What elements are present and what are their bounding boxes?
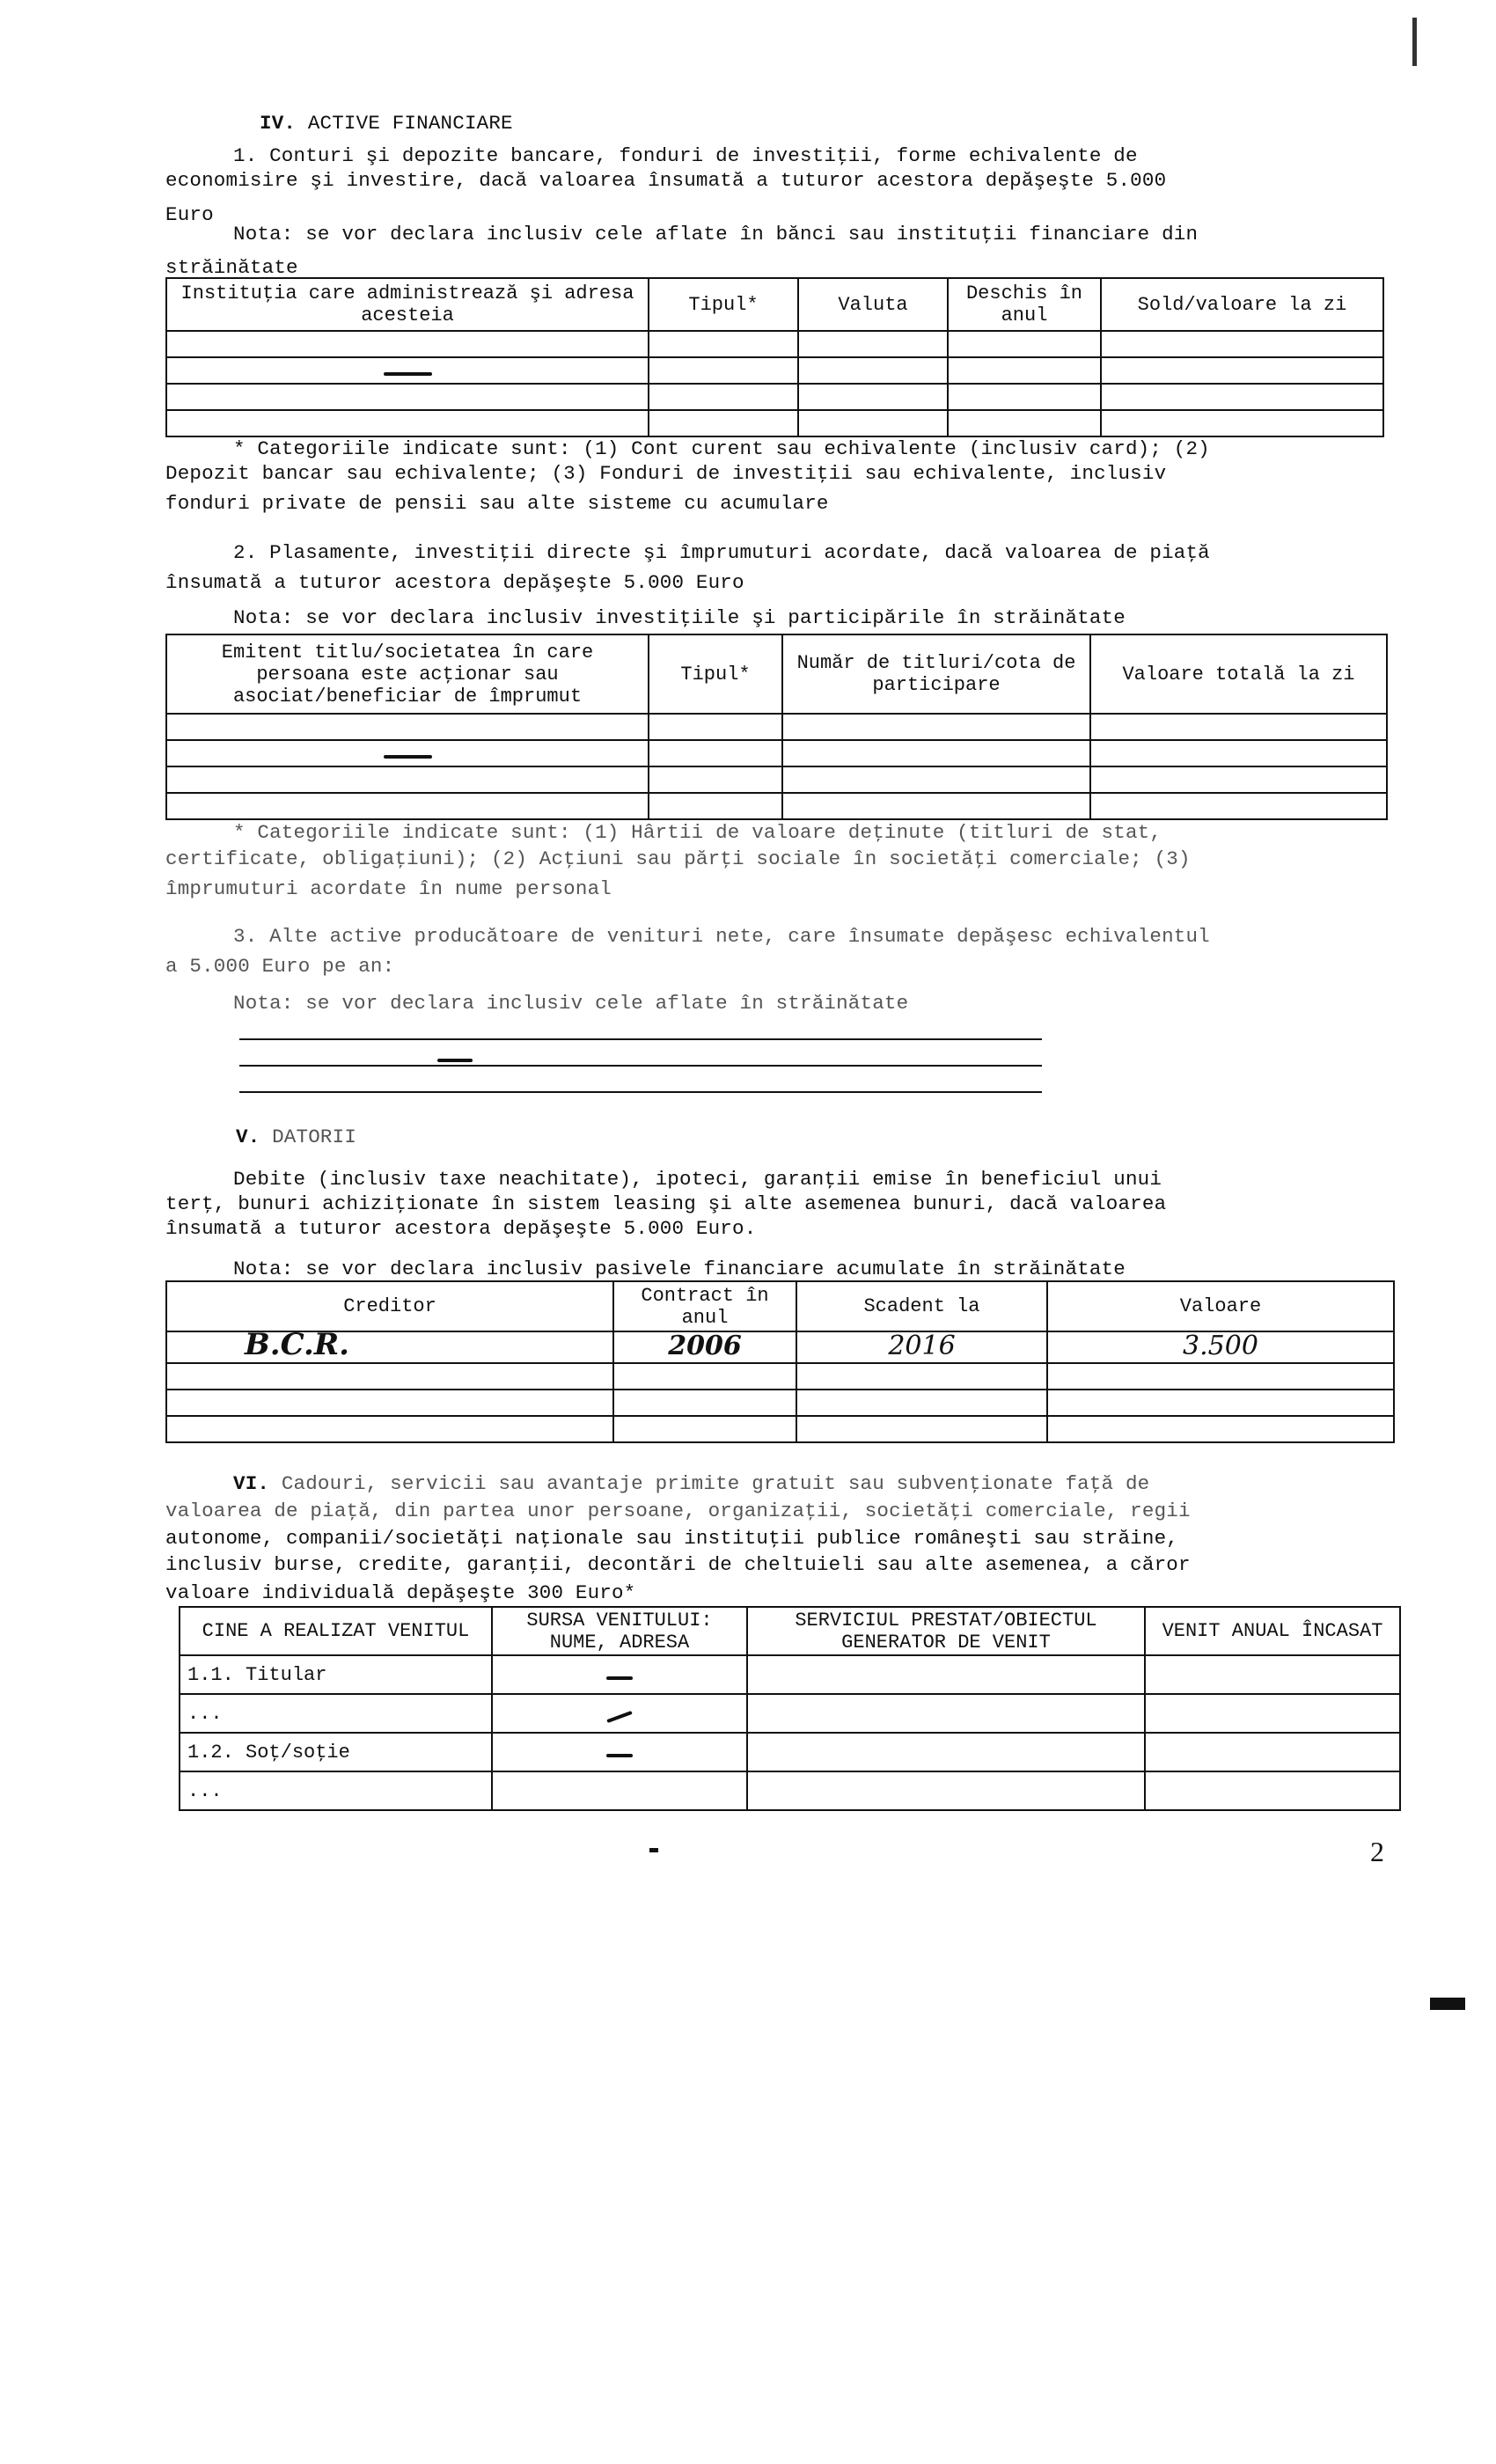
section-v-note: Nota: se vor declara inclusiv pasivele f… [233,1257,1126,1281]
cell-input[interactable] [782,714,1090,740]
cell-input[interactable] [166,793,649,819]
cell-input[interactable] [166,357,649,384]
table-row [166,740,1387,766]
cell-input[interactable] [166,1416,613,1442]
cell-input[interactable] [782,766,1090,793]
header-due-date: Scadent la [796,1281,1047,1331]
section-vi-line3: autonome, companii/societăţi naţionale s… [165,1526,1178,1551]
cell-input[interactable] [1047,1390,1394,1416]
handwritten-dash [606,1676,633,1680]
header-currency: Valuta [798,278,948,331]
creditor-cell[interactable]: B.C.R. [166,1331,613,1363]
cell-input[interactable] [166,1390,613,1416]
cell-input[interactable] [613,1416,796,1442]
handwritten-dash [606,1710,633,1722]
cell-input[interactable] [782,793,1090,819]
table-row [166,1390,1394,1416]
cell-input[interactable] [796,1416,1047,1442]
table-row [166,410,1383,436]
header-source: SURSA VENITULUI: NUME, ADRESA [492,1607,747,1655]
debts-table: Creditor Contract în anul Scadent la Val… [165,1280,1395,1443]
cell-input[interactable] [1101,331,1383,357]
cell-input[interactable] [1090,740,1387,766]
bank-accounts-table: Instituţia care administrează şi adresa … [165,277,1384,437]
section-iv-p3-line2: a 5.000 Euro pe an: [165,954,394,979]
table2-footnote-line2: certificate, obligaţiuni); (2) Acţiuni s… [165,847,1191,871]
section-iv-p1-line2: economisire şi investire, dacă valoarea … [165,168,1166,193]
table-header-row: Instituţia care administrează şi adresa … [166,278,1383,331]
header-total-value: Valoare totală la zi [1090,634,1387,714]
header-issuer: Emitent titlu/societatea în care persoan… [166,634,649,714]
cell-input[interactable] [1101,357,1383,384]
header-value: Valoare [1047,1281,1394,1331]
header-balance: Sold/valoare la zi [1101,278,1383,331]
scan-edge-mark [1412,18,1417,66]
cell-input[interactable] [1090,766,1387,793]
cell-input[interactable] [613,1363,796,1390]
cell-input[interactable] [747,1655,1145,1694]
who-cell: ... [180,1694,492,1733]
header-type: Tipul* [649,634,782,714]
cell-input[interactable] [1145,1655,1400,1694]
cell-input[interactable] [166,766,649,793]
cell-input[interactable] [649,766,782,793]
header-service: SERVICIUL PRESTAT/OBIECTUL GENERATOR DE … [747,1607,1145,1655]
cell-input[interactable] [948,384,1101,410]
section-vi-line2: valoarea de piaţă, din partea unor perso… [165,1499,1191,1523]
cell-input[interactable] [796,1363,1047,1390]
table1-footnote-line3: fonduri private de pensii sau alte siste… [165,491,829,516]
table2-footnote-line3: împrumuturi acordate în nume personal [165,876,612,901]
cell-input[interactable] [1101,410,1383,436]
header-opened-year: Deschis în anul [948,278,1101,331]
header-annual-income: VENIT ANUAL ÎNCASAT [1145,1607,1400,1655]
cell-input[interactable] [1145,1694,1400,1733]
handwritten-dash [384,372,432,376]
table-row: ... [180,1694,1400,1733]
cell-input[interactable] [782,740,1090,766]
cell-input[interactable] [166,740,649,766]
cell-input[interactable] [613,1390,796,1416]
section-iv-p1-line3: Euro [165,202,214,227]
section-vi-line5: valoare individuală depăşeşte 300 Euro* [165,1580,635,1605]
cell-input[interactable] [166,331,649,357]
header-institution: Instituţia care administrează şi adresa … [166,278,649,331]
header-creditor: Creditor [166,1281,613,1331]
header-shares: Număr de titluri/cota de participare [782,634,1090,714]
table-row: B.C.R. 2006 2016 3.500 [166,1331,1394,1363]
section-iv-p1-note-line2: străinătate [165,255,298,280]
section-iv-p3-line1: 3. Alte active producătoare de venituri … [233,924,1210,949]
scan-mark [1430,1998,1465,2010]
section-iv-p2-note: Nota: se vor declara inclusiv investiţii… [233,605,1126,630]
section-v-line3: însumată a tuturor acestora depăşeşte 5.… [165,1216,756,1241]
gifts-table: CINE A REALIZAT VENITUL SURSA VENITULUI:… [179,1606,1401,1811]
table-header-row: Creditor Contract în anul Scadent la Val… [166,1281,1394,1331]
cell-input[interactable] [747,1733,1145,1771]
cell-input[interactable] [649,793,782,819]
cell-input[interactable] [796,1390,1047,1416]
blank-line-2[interactable] [239,1065,1042,1067]
cell-input[interactable] [798,384,948,410]
who-cell: 1.1. Titular [180,1655,492,1694]
contract-year-cell[interactable]: 2006 [613,1331,796,1363]
header-who: CINE A REALIZAT VENITUL [180,1607,492,1655]
cell-input[interactable] [798,357,948,384]
section-vi-line4: inclusiv burse, credite, garanţii, decon… [165,1552,1191,1577]
section-vi-line1: VI. Cadouri, servicii sau avantaje primi… [233,1471,1149,1496]
cell-input[interactable] [1090,793,1387,819]
cell-input[interactable] [166,384,649,410]
who-cell: 1.2. Soţ/soţie [180,1733,492,1771]
cell-input[interactable] [798,331,948,357]
table-row [166,793,1387,819]
due-date-cell[interactable]: 2016 [796,1331,1047,1363]
cell-input[interactable] [1047,1416,1394,1442]
source-cell[interactable] [492,1655,747,1694]
section-iv-p3-note: Nota: se vor declara inclusiv cele aflat… [233,991,908,1016]
table-row [166,384,1383,410]
table-row [166,766,1387,793]
table-row: 1.1. Titular [180,1655,1400,1694]
cell-input[interactable] [1047,1363,1394,1390]
section-v-line1: Debite (inclusiv taxe neachitate), ipote… [233,1167,1162,1192]
blank-line-1[interactable] [239,1038,1042,1040]
cell-input[interactable] [649,384,798,410]
source-cell[interactable] [492,1694,747,1733]
cell-input[interactable] [166,1363,613,1390]
table1-footnote-line2: Depozit bancar sau echivalente; (3) Fond… [165,461,1166,486]
cell-input[interactable] [1145,1771,1400,1810]
table-row [166,1416,1394,1442]
cell-input[interactable] [747,1694,1145,1733]
page-number: 2 [1370,1836,1384,1868]
section-v-line2: terţ, bunuri achiziţionate în sistem lea… [165,1192,1166,1216]
cell-input[interactable] [649,740,782,766]
header-contract-year: Contract în anul [613,1281,796,1331]
scan-speck [649,1848,658,1852]
value-cell[interactable]: 3.500 [1047,1331,1394,1363]
table-row: ... [180,1771,1400,1810]
cell-input[interactable] [649,357,798,384]
table-row [166,331,1383,357]
table-row [166,714,1387,740]
table-header-row: CINE A REALIZAT VENITUL SURSA VENITULUI:… [180,1607,1400,1655]
table2-footnote-line1: * Categoriile indicate sunt: (1) Hârtii … [233,820,1162,845]
section-iv-p1-note-line1: Nota: se vor declara inclusiv cele aflat… [233,222,1198,246]
cell-input[interactable] [1145,1733,1400,1771]
section-v-title: V. DATORII [236,1125,356,1149]
cell-input[interactable] [948,357,1101,384]
source-cell[interactable] [492,1733,747,1771]
table1-footnote-line1: * Categoriile indicate sunt: (1) Cont cu… [233,436,1210,461]
section-iv-p1-line1: 1. Conturi şi depozite bancare, fonduri … [233,143,1138,168]
table-row: 1.2. Soţ/soţie [180,1733,1400,1771]
table-row [166,1363,1394,1390]
cell-input[interactable] [649,331,798,357]
cell-input[interactable] [747,1771,1145,1810]
header-type: Tipul* [649,278,798,331]
blank-line-3[interactable] [239,1091,1042,1093]
cell-input[interactable] [1101,384,1383,410]
section-iv-p2-line2: însumată a tuturor acestora depăşeşte 5.… [165,570,744,595]
cell-input[interactable] [948,331,1101,357]
cell-input[interactable] [166,410,649,436]
cell-input[interactable] [649,410,798,436]
section-vi-num: VI. [233,1472,269,1495]
cell-input[interactable] [492,1771,747,1810]
investments-table: Emitent titlu/societatea în care persoan… [165,634,1388,820]
section-iv-title: IV. ACTIVE FINANCIARE [260,111,513,136]
handwritten-dash [606,1754,633,1757]
handwritten-dash [384,755,432,759]
cell-input[interactable] [649,714,782,740]
section-iv-p2-line1: 2. Plasamente, investiţii directe şi împ… [233,540,1210,565]
cell-input[interactable] [948,410,1101,436]
table-header-row: Emitent titlu/societatea în care persoan… [166,634,1387,714]
cell-input[interactable] [1090,714,1387,740]
cell-input[interactable] [166,714,649,740]
who-cell: ... [180,1771,492,1810]
cell-input[interactable] [798,410,948,436]
table-row [166,357,1383,384]
